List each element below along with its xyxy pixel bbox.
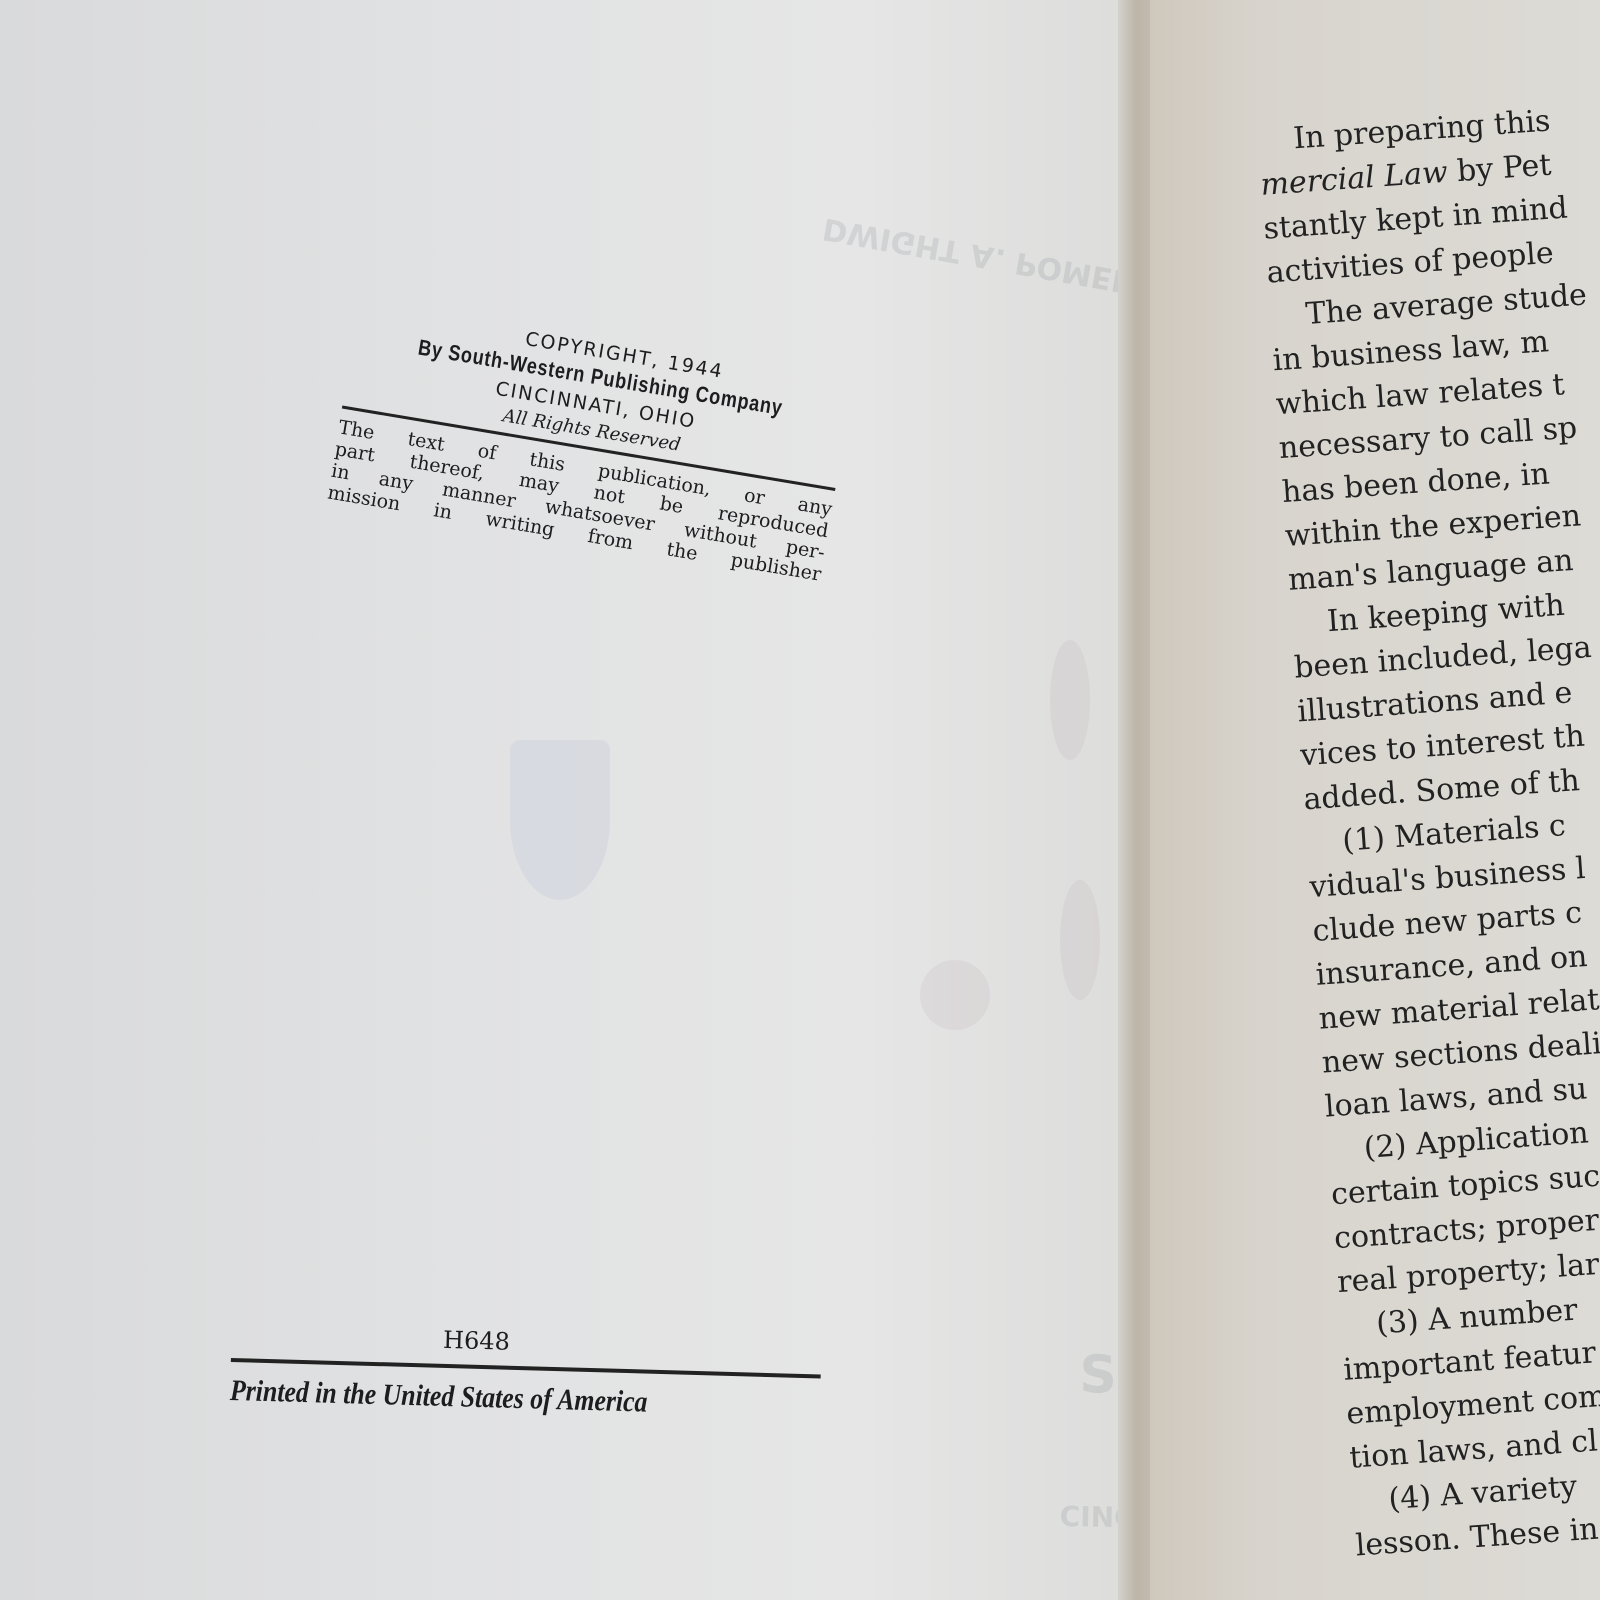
stain [1050, 640, 1090, 760]
printed-in-statement: Printed in the United States of America [230, 1374, 747, 1422]
book-code: H648 [121, 1317, 832, 1365]
stain [920, 960, 990, 1030]
imprint-footer: H648 Printed in the United States of Ame… [230, 1320, 832, 1425]
stain [1060, 880, 1100, 1000]
copyright-block: COPYRIGHT, 1944 By South-Western Publish… [326, 300, 853, 586]
italic-title: mercial Law [1259, 155, 1448, 203]
left-page: DWIGHT A. POMEROY SOUTH-WESTERN PUBLISHI… [0, 0, 1140, 1600]
crest-show-through-icon [510, 740, 610, 900]
